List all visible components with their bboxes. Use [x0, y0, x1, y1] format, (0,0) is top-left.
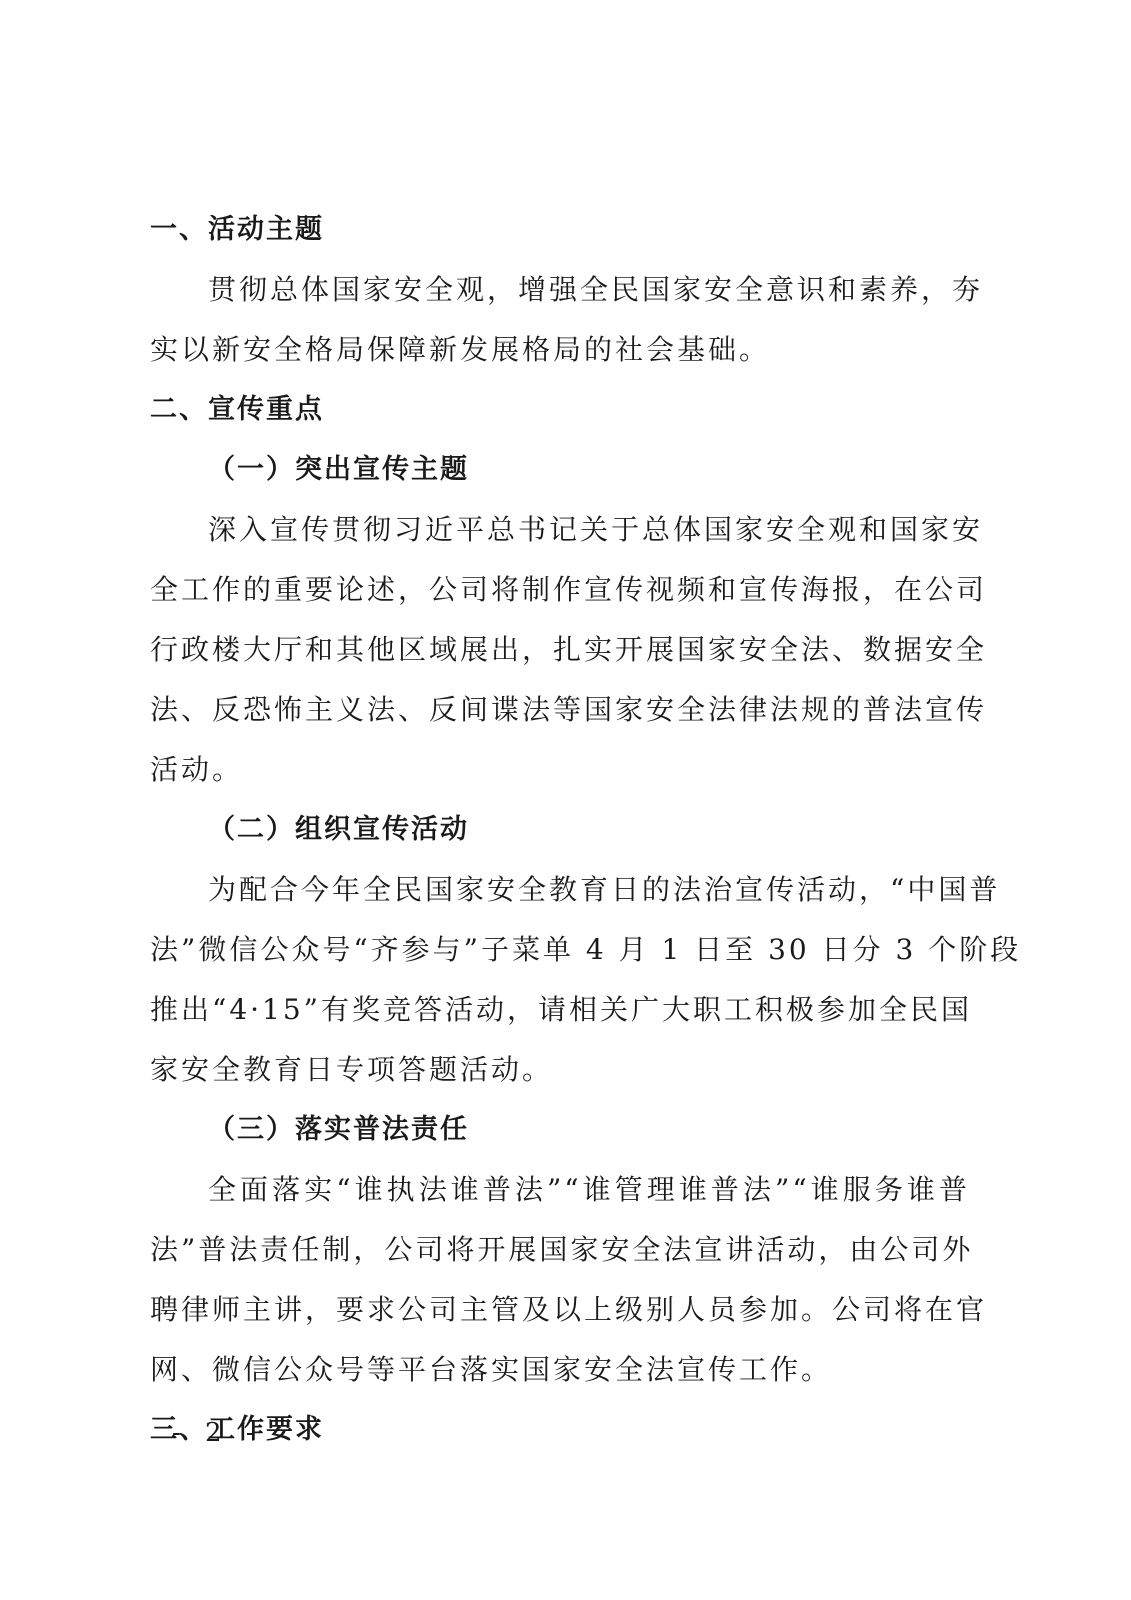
- paragraph-line: 贯彻总体国家安全观，增强全民国家安全意识和素养，夯: [150, 260, 970, 320]
- paragraph-line: 法、反恐怖主义法、反间谍法等国家安全法律法规的普法宣传: [150, 680, 970, 740]
- page-number: - 2 -: [172, 1418, 263, 1448]
- document-page: 一、活动主题 贯彻总体国家安全观，增强全民国家安全意识和素养，夯 实以新安全格局…: [0, 0, 1131, 1600]
- subsection-heading-3: （三）落实普法责任: [150, 1100, 970, 1160]
- paragraph-line: 行政楼大厅和其他区域展出，扎实开展国家安全法、数据安全: [150, 620, 970, 680]
- paragraph-line: 全工作的重要论述，公司将制作宣传视频和宣传海报，在公司: [150, 560, 970, 620]
- document-body: 一、活动主题 贯彻总体国家安全观，增强全民国家安全意识和素养，夯 实以新安全格局…: [150, 200, 970, 1460]
- section-heading-3: 三、工作要求: [150, 1400, 970, 1460]
- paragraph-line: 法”普法责任制，公司将开展国家安全法宣讲活动，由公司外: [150, 1220, 970, 1280]
- section-heading-1: 一、活动主题: [150, 200, 970, 260]
- subsection-heading-2: （二）组织宣传活动: [150, 800, 970, 860]
- paragraph-line: 深入宣传贯彻习近平总书记关于总体国家安全观和国家安: [150, 500, 970, 560]
- paragraph-line: 全面落实“谁执法谁普法”“谁管理谁普法”“谁服务谁普: [150, 1160, 970, 1220]
- paragraph-line: 聘律师主讲，要求公司主管及以上级别人员参加。公司将在官: [150, 1280, 970, 1340]
- paragraph-line: 活动。: [150, 740, 970, 800]
- section-heading-2: 二、宣传重点: [150, 380, 970, 440]
- paragraph-line: 网、微信公众号等平台落实国家安全法宣传工作。: [150, 1340, 970, 1400]
- paragraph-line: 为配合今年全民国家安全教育日的法治宣传活动，“中国普: [150, 860, 970, 920]
- paragraph-line: 推出“4·15”有奖竞答活动，请相关广大职工积极参加全民国: [150, 980, 970, 1040]
- paragraph-line: 法”微信公众号“齐参与”子菜单 4 月 1 日至 30 日分 3 个阶段: [150, 920, 970, 980]
- paragraph-line: 家安全教育日专项答题活动。: [150, 1040, 970, 1100]
- subsection-heading-1: （一）突出宣传主题: [150, 440, 970, 500]
- paragraph-line: 实以新安全格局保障新发展格局的社会基础。: [150, 320, 970, 380]
